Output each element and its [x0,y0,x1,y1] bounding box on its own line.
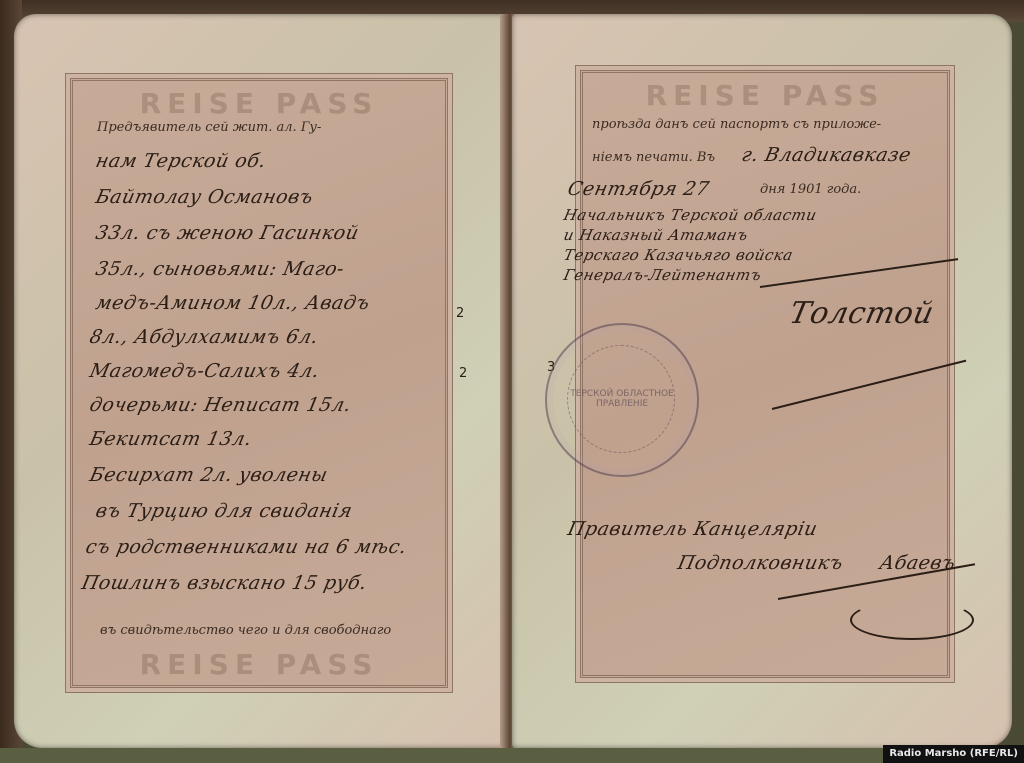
printed-line-1: проѣзда данъ сей паспортъ съ приложе- [592,117,881,132]
signature-abaev: Абаевъ [878,552,958,574]
handwritten-line-8: дочерьми: Непиcат 15л. [88,394,354,416]
signature-loop [850,600,974,640]
rank-title: Подполковникъ [676,552,846,574]
handwritten-line-10: Бесирхат 2л. уволены [88,464,330,486]
official-title-line-1: Начальникъ Терской области [562,206,818,224]
watermark-top: REISE PASS [73,87,445,120]
watermark-bottom: REISE PASS [73,648,445,681]
handwritten-line-6: 8л., Абдулхамимъ 6л. [88,326,321,348]
handwritten-line-4: 35л., сыновьями: Маго- [94,258,347,280]
handwritten-date: Сентября 27 [566,178,712,200]
printed-line-2: ніемъ печати. Въ [592,150,715,165]
background-bottom [0,748,1024,763]
handwritten-line-9: Бекитсат 13л. [88,428,254,450]
margin-mark: 2 [459,366,467,381]
printed-date: дня 1901 года. [760,182,861,197]
handwritten-line-13: Пошлинъ взыскано 15 руб. [80,572,369,594]
signature-tolstoy: Толстой [786,296,937,331]
official-title-line-2: и Наказный Атаманъ [562,226,750,244]
handwritten-city: г. Владикавказе [740,144,914,166]
official-title-line-3: Терскаго Казачьяго войска [562,246,795,264]
printed-header: Предъявитель сей жит. ал. Гу- [97,120,321,135]
photo-credit: Radio Marsho (RFE/RL) [883,745,1024,763]
handwritten-line-5: медъ-Амином 10л., Авадъ [94,292,372,314]
official-title-line-4: Генералъ-Лейтенантъ [562,266,763,284]
seal-text: ТЕРСКОЙ ОБЛАСТНОЕ ПРАВЛЕНІЕ [547,389,697,409]
watermark-top: REISE PASS [583,79,947,112]
printed-footer: въ свидѣтельство чего и для свободнаго [100,623,391,638]
official-seal: ТЕРСКОЙ ОБЛАСТНОЕ ПРАВЛЕНІЕ [545,323,699,477]
handwritten-line-1: нам Терской об. [94,150,269,172]
handwritten-line-11: въ Турцию для свиданія [94,500,355,522]
margin-mark: 2 [456,306,464,321]
handwritten-line-2: Байтолау Османовъ [94,186,316,208]
handwritten-line-7: Магомедъ-Салихъ 4л. [88,360,322,382]
chancellery-title: Правитель Канцеляріи [566,518,820,540]
handwritten-line-12: съ родственниками на 6 мѣс. [84,536,409,558]
handwritten-line-3: 33л. съ женою Гасинкой [94,222,361,244]
